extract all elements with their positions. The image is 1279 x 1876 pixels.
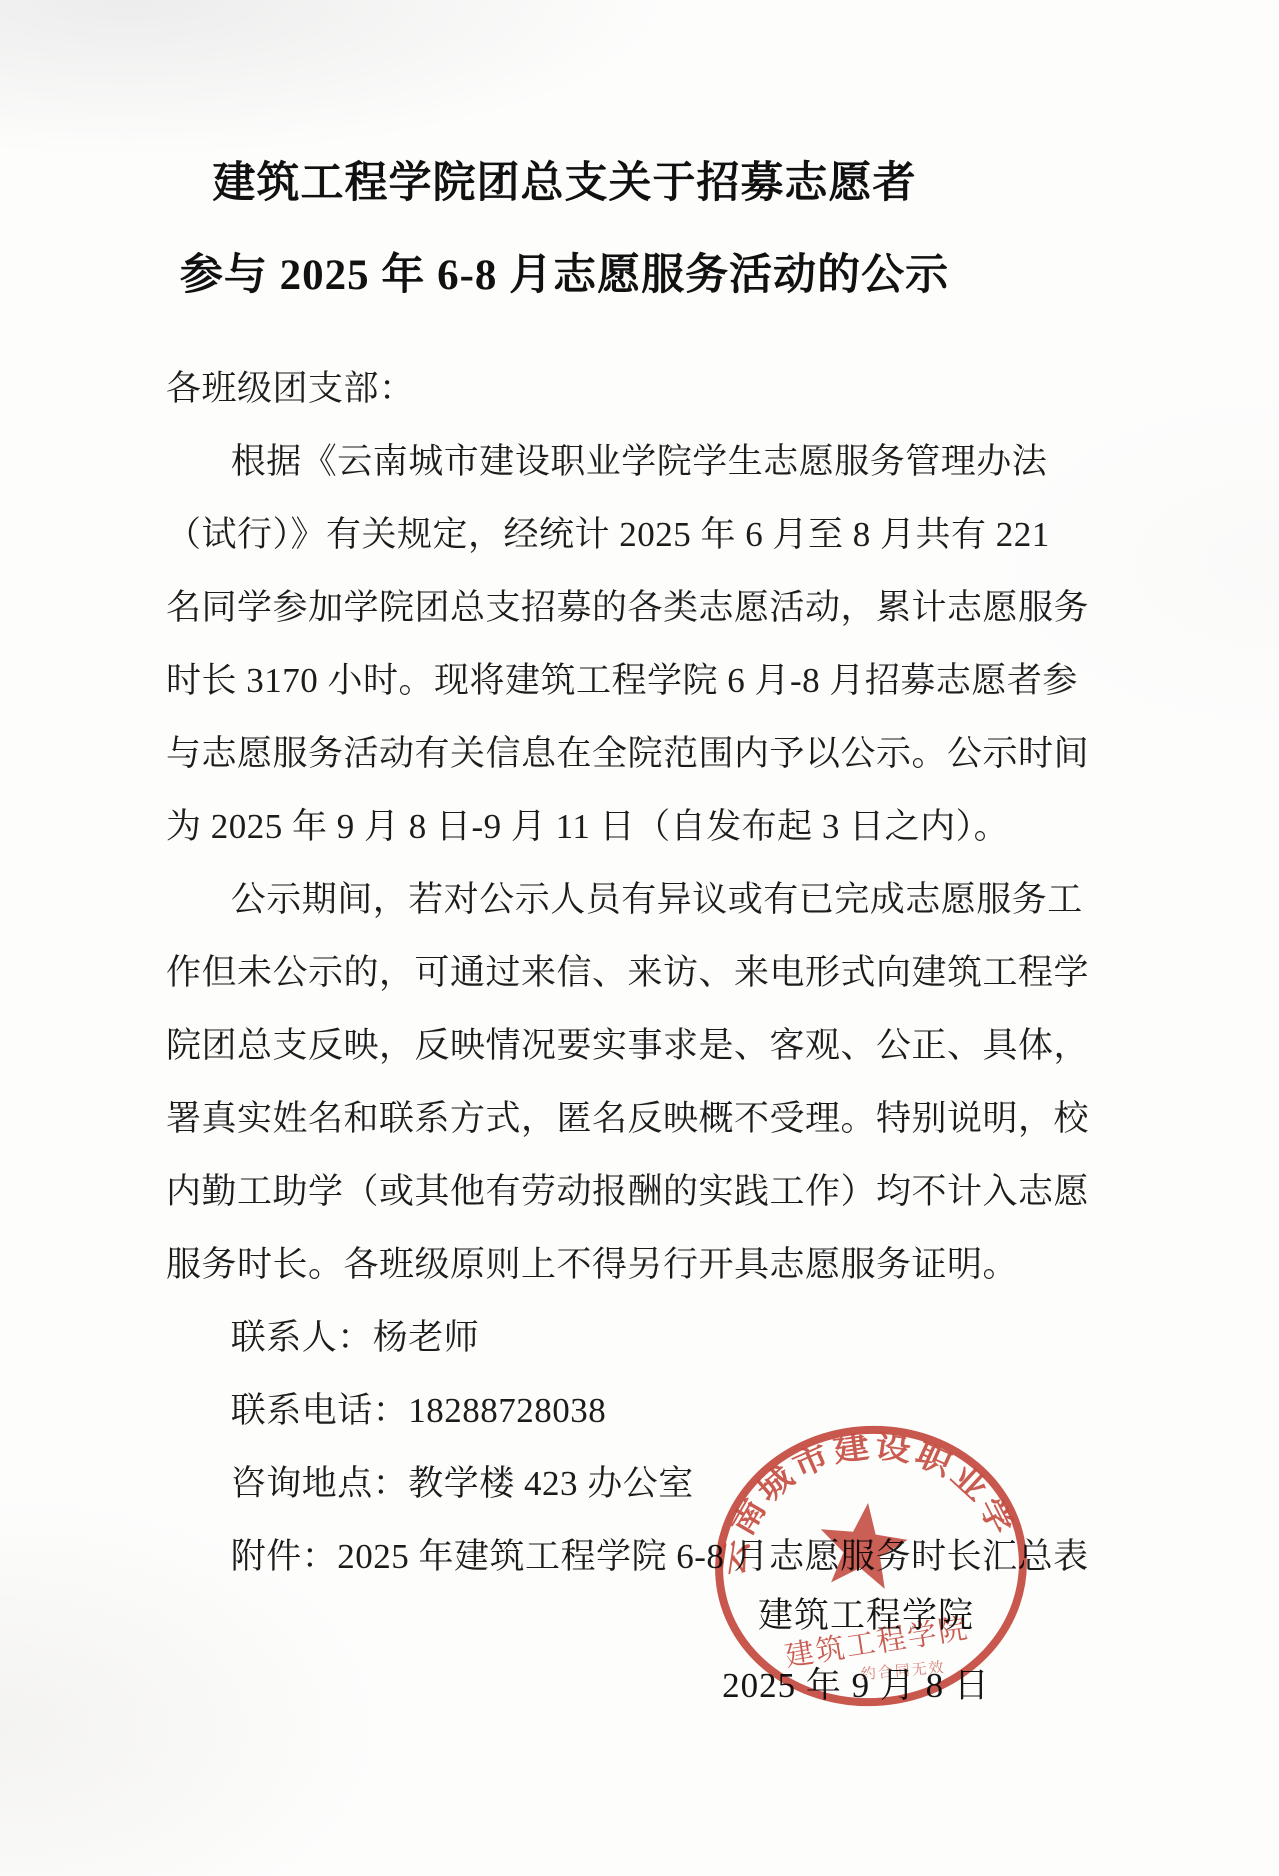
body-line: 根据《云南城市建设职业学院学生志愿服务管理办法 — [166, 425, 1128, 498]
body-line: 公示期间，若对公示人员有异议或有已完成志愿服务工 — [166, 863, 1128, 936]
salutation-line: 各班级团支部： — [166, 352, 1128, 425]
body-line: 服务时长。各班级原则上不得另行开具志愿服务证明。 — [166, 1228, 1128, 1301]
body-line: （试行）》有关规定，经统计 2025 年 6 月至 8 月共有 221 — [166, 498, 1128, 571]
body-line: 院团总支反映，反映情况要实事求是、客观、公正、具体， — [166, 1009, 1128, 1082]
body-line: 名同学参加学院团总支招募的各类志愿活动，累计志愿服务 — [166, 571, 1128, 644]
seal-bottom-fragment: 约合同无效 — [860, 1659, 946, 1683]
seal-graphic: 云南城市建设职业学院 建筑工程学院 约合同无效 — [694, 1406, 1048, 1726]
body-line: 作但未公示的，可通过来信、来访、来电形式向建筑工程学 — [166, 936, 1128, 1009]
document-body: 各班级团支部： 根据《云南城市建设职业学院学生志愿服务管理办法 （试行）》有关规… — [166, 352, 1128, 1593]
red-star-icon — [815, 1498, 912, 1591]
official-seal-stamp: 云南城市建设职业学院 建筑工程学院 约合同无效 — [694, 1406, 1048, 1726]
title-line-1: 建筑工程学院团总支关于招募志愿者 — [0, 138, 1204, 230]
notice-document-page: 建筑工程学院团总支关于招募志愿者 参与 2025 年 6-8 月志愿服务活动的公… — [0, 0, 1279, 1876]
body-line: 与志愿服务活动有关信息在全院范围内予以公示。公示时间 — [166, 717, 1128, 790]
document-title: 建筑工程学院团总支关于招募志愿者 参与 2025 年 6-8 月志愿服务活动的公… — [0, 138, 1204, 322]
body-line: 署真实姓名和联系方式，匿名反映概不受理。特别说明，校 — [166, 1082, 1128, 1155]
title-line-2: 参与 2025 年 6-8 月志愿服务活动的公示 — [0, 230, 1204, 322]
body-line: 内勤工助学（或其他有劳动报酬的实践工作）均不计入志愿 — [166, 1155, 1128, 1228]
body-line: 为 2025 年 9 月 8 日-9 月 11 日（自发布起 3 日之内）。 — [166, 790, 1128, 863]
contact-person-line: 联系人：杨老师 — [166, 1301, 1128, 1374]
body-line: 时长 3170 小时。现将建筑工程学院 6 月-8 月招募志愿者参 — [166, 644, 1128, 717]
